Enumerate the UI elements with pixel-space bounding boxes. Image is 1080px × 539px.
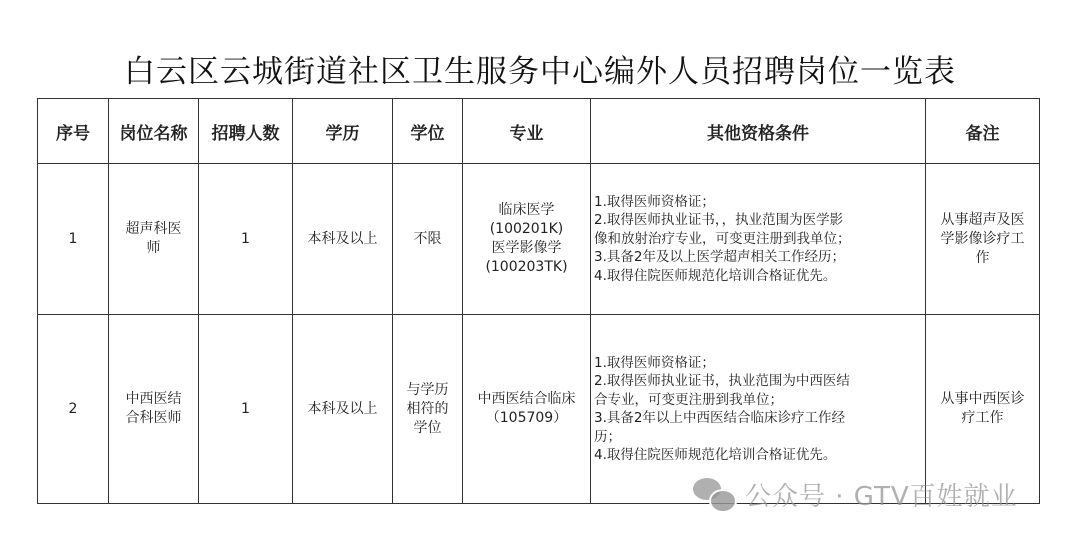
- cell-major: 中西医结合临床 （105709）: [463, 315, 591, 504]
- condition-line: 4.取得住院医师规范化培训合格证优先。: [594, 446, 925, 465]
- cell-position: 超声科医 师: [109, 164, 199, 315]
- position-line: 超声科医: [109, 220, 198, 239]
- condition-line: 3.具备2年以上中西医结合临床诊疗工作经: [594, 409, 925, 428]
- condition-line: 像和放射治疗专业，可变更注册到我单位；: [594, 230, 925, 249]
- condition-line: 3.具备2年及以上医学超声相关工作经历；: [594, 248, 925, 267]
- major-line: (100203TK): [463, 258, 590, 277]
- cell-remark: 从事超声及医 学影像诊疗工 作: [926, 164, 1040, 315]
- position-line: 师: [109, 239, 198, 258]
- cell-education: 本科及以上: [293, 164, 393, 315]
- cell-degree: 不限: [393, 164, 463, 315]
- header-remark: 备注: [926, 99, 1040, 164]
- watermark-text: 公众号 · GTV百姓就业: [745, 476, 1018, 513]
- major-line: 医学影像学: [463, 239, 590, 258]
- condition-line: 4.取得住院医师规范化培训合格证优先。: [594, 267, 925, 286]
- remark-line: 疗工作: [926, 409, 1039, 428]
- header-count: 招聘人数: [199, 99, 293, 164]
- degree-line: 学位: [393, 419, 462, 438]
- major-line: 临床医学: [463, 201, 590, 220]
- degree-line: 不限: [393, 230, 462, 249]
- table-header-row: 序号 岗位名称 招聘人数 学历 学位 专业 其他资格条件 备注: [38, 99, 1040, 164]
- condition-line: 合专业，可变更注册到我单位；: [594, 391, 925, 410]
- position-line: 合科医师: [109, 409, 198, 428]
- cell-education: 本科及以上: [293, 315, 393, 504]
- page-title: 白云区云城街道社区卫生服务中心编外人员招聘岗位一览表: [0, 46, 1080, 91]
- major-line: 中西医结合临床: [463, 390, 590, 409]
- remark-line: 从事中西医诊: [926, 390, 1039, 409]
- header-index: 序号: [38, 99, 109, 164]
- condition-line: 2.取得医师执业证书，，执业范围为医学影: [594, 211, 925, 230]
- remark-line: 学影像诊疗工: [926, 230, 1039, 249]
- degree-line: 与学历: [393, 381, 462, 400]
- remark-line: 作: [926, 249, 1039, 268]
- condition-line: 历；: [594, 428, 925, 447]
- header-position: 岗位名称: [109, 99, 199, 164]
- header-education: 学历: [293, 99, 393, 164]
- cell-count: 1: [199, 315, 293, 504]
- condition-line: 1.取得医师资格证；: [594, 193, 925, 212]
- header-major: 专业: [463, 99, 591, 164]
- table-row: 1 超声科医 师 1 本科及以上 不限 临床医学 (100201K) 医学影像学…: [38, 164, 1040, 315]
- condition-line: 1.取得医师资格证；: [594, 354, 925, 373]
- cell-degree: 与学历 相符的 学位: [393, 315, 463, 504]
- cell-index: 1: [38, 164, 109, 315]
- major-line: (100201K): [463, 220, 590, 239]
- condition-line: 2.取得医师执业证书，执业范围为中西医结: [594, 372, 925, 391]
- position-line: 中西医结: [109, 390, 198, 409]
- degree-line: 相符的: [393, 400, 462, 419]
- header-degree: 学位: [393, 99, 463, 164]
- wechat-icon: [693, 478, 737, 512]
- cell-count: 1: [199, 164, 293, 315]
- document-page: 白云区云城街道社区卫生服务中心编外人员招聘岗位一览表 序号 岗位名称 招聘人数 …: [0, 0, 1080, 539]
- job-positions-table: 序号 岗位名称 招聘人数 学历 学位 专业 其他资格条件 备注 1 超声科医 师…: [37, 98, 1040, 504]
- cell-index: 2: [38, 315, 109, 504]
- remark-line: 从事超声及医: [926, 211, 1039, 230]
- cell-conditions: 1.取得医师资格证； 2.取得医师执业证书，，执业范围为医学影 像和放射治疗专业…: [591, 164, 926, 315]
- header-conditions: 其他资格条件: [591, 99, 926, 164]
- cell-position: 中西医结 合科医师: [109, 315, 199, 504]
- cell-major: 临床医学 (100201K) 医学影像学 (100203TK): [463, 164, 591, 315]
- watermark: 公众号 · GTV百姓就业: [693, 476, 1018, 513]
- major-line: （105709）: [463, 409, 590, 428]
